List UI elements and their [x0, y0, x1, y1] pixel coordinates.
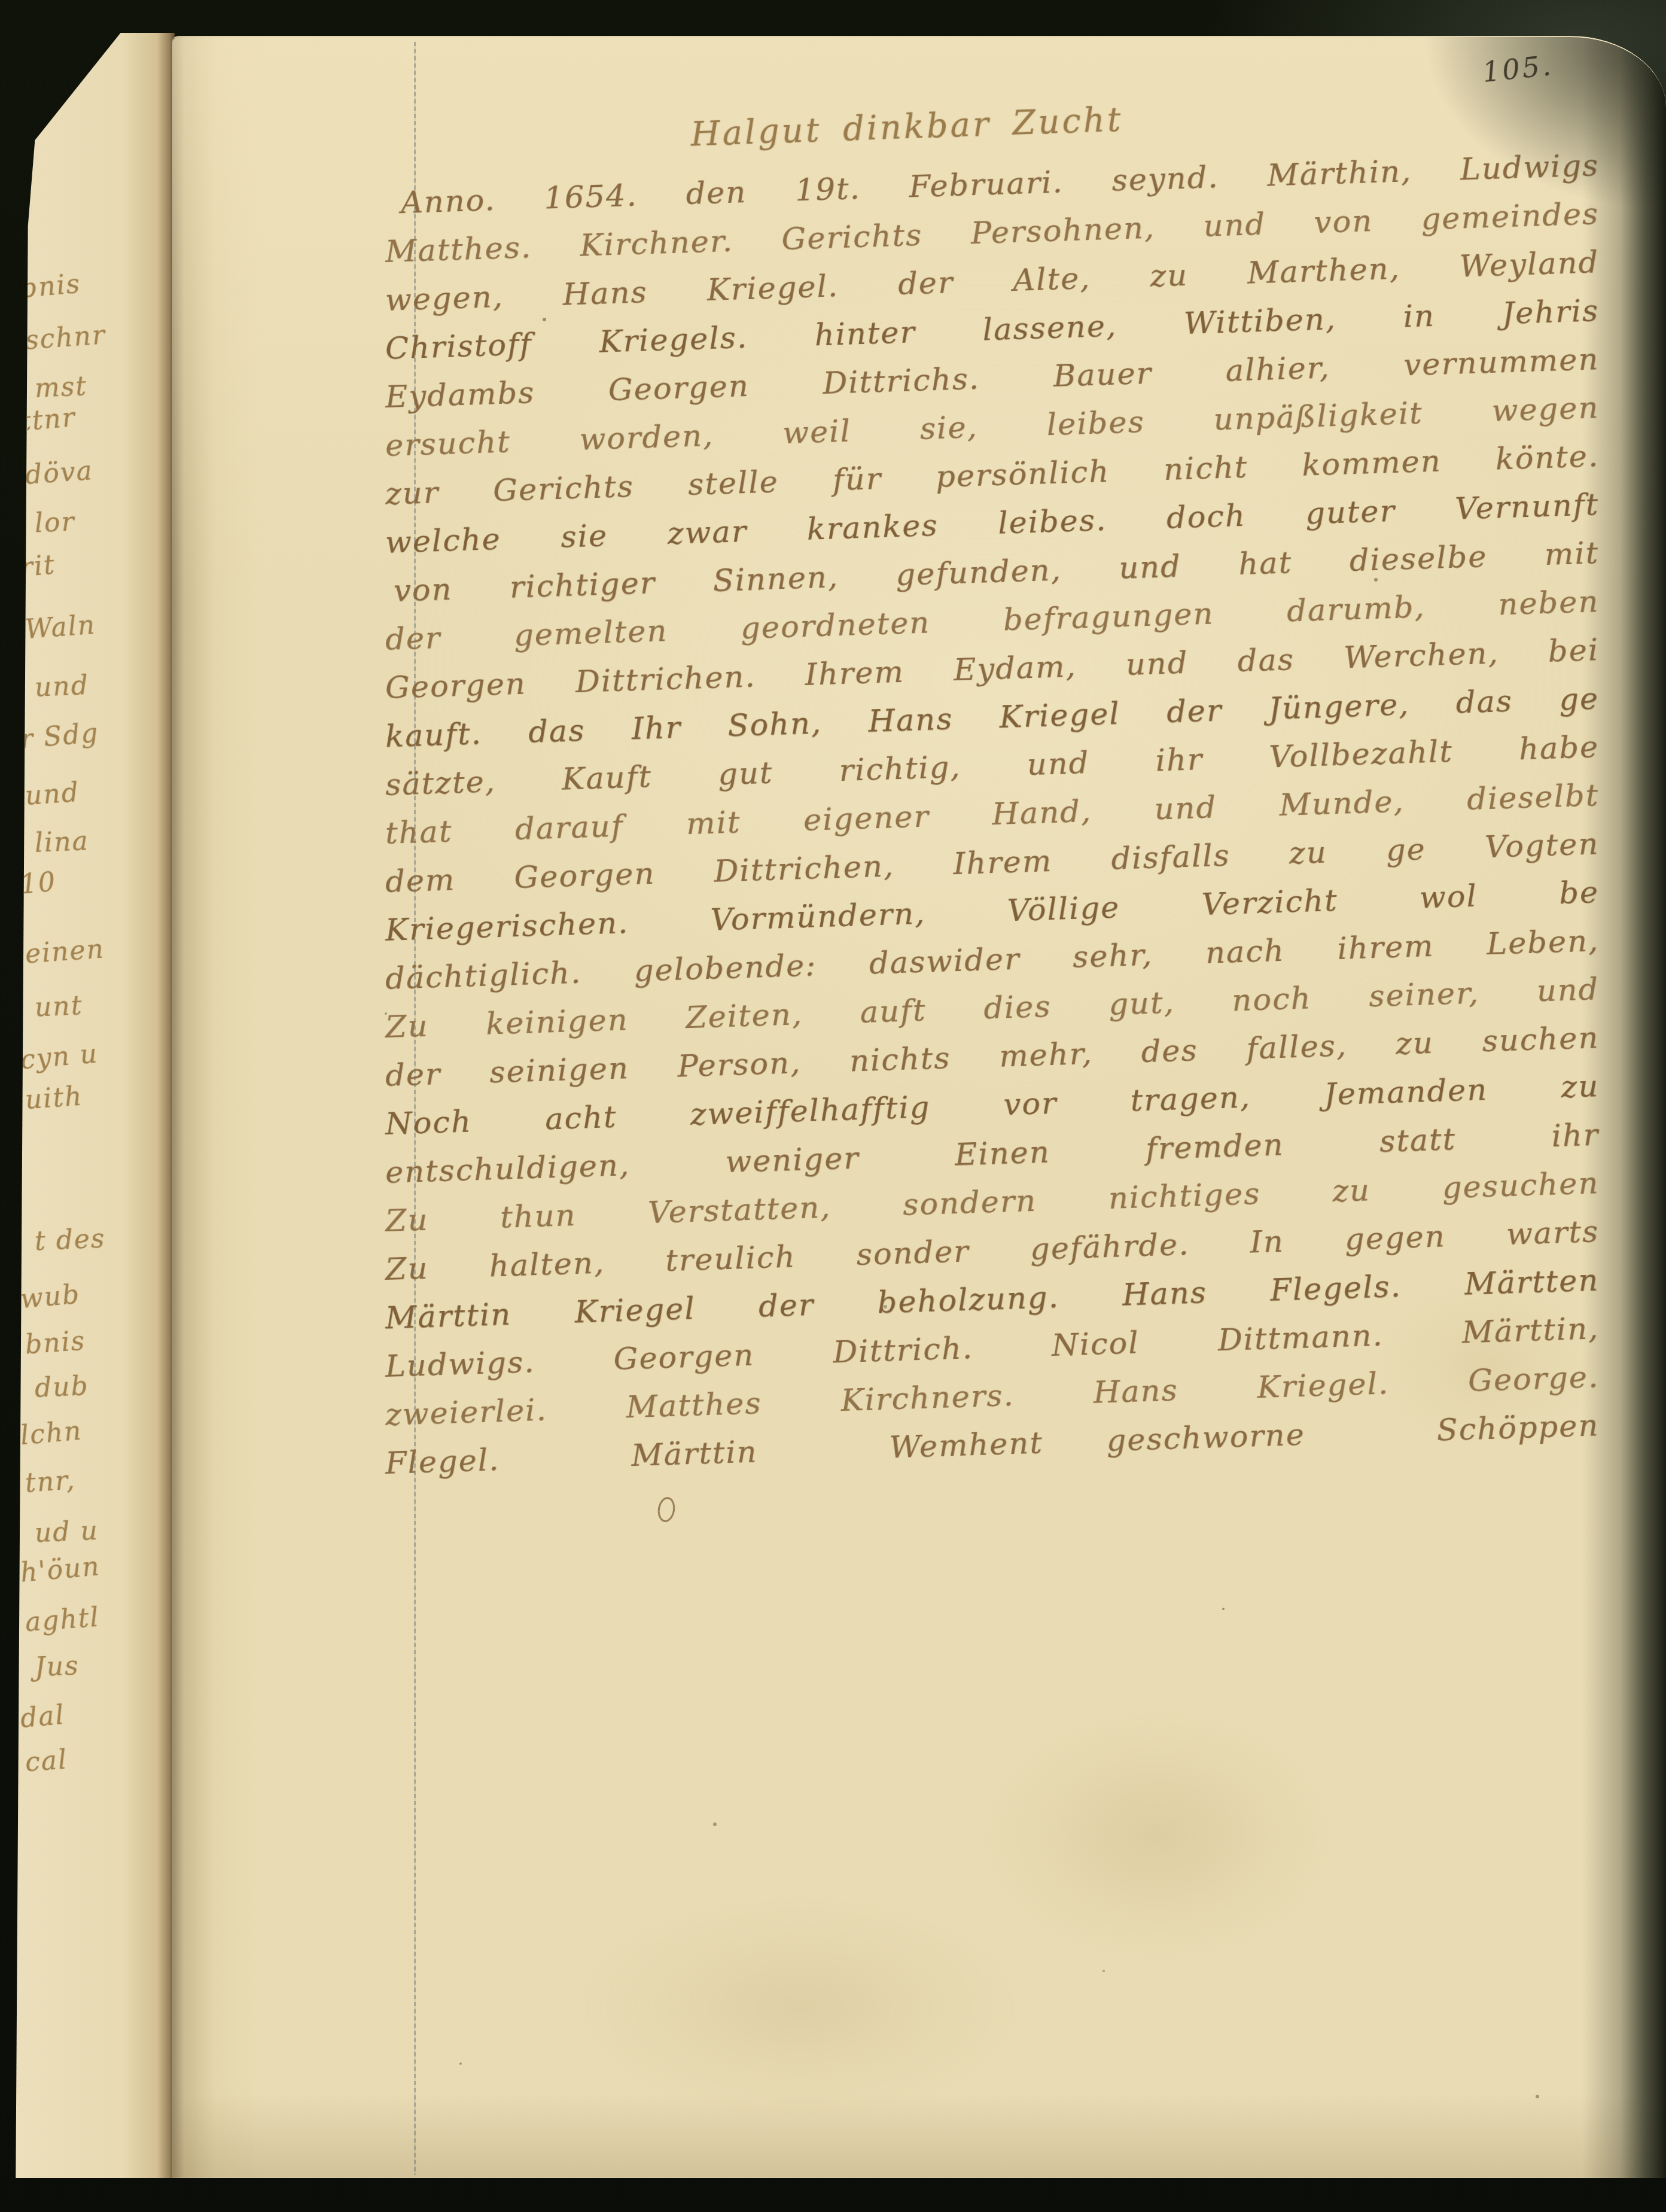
fragment-text: bnis [19, 269, 82, 305]
fragment-text: schnr [24, 320, 106, 355]
fragment-text: dub [34, 1371, 90, 1404]
paper-speckles [172, 37, 175, 39]
fragment-text: cyn u [19, 1038, 99, 1075]
page-heading: Halgut dinkbar Zucht [679, 100, 1135, 154]
page-number: 105. [1481, 49, 1555, 89]
fragment-text: lina [34, 826, 90, 859]
previous-page-edge: bnisschnrmstttnrdövalorritWalnundr Sdgun… [0, 33, 175, 2178]
manuscript-page: 105. Halgut dinkbar Zucht Anno. 1654. de… [172, 36, 1666, 2178]
fragment-text: wub [19, 1279, 81, 1315]
fragment-text: und [34, 670, 90, 703]
fragment-text: h'öun [19, 1551, 102, 1588]
fragment-text: tnr, [24, 1465, 77, 1499]
manuscript-text: Anno. 1654. den 19t. Februari. seynd. Mä… [385, 179, 1600, 1488]
fragment-text: ud u [34, 1516, 99, 1549]
fragment-text: und [24, 777, 80, 811]
fragment-text: einen [24, 933, 105, 969]
fragment-text: uith [24, 1081, 84, 1116]
fragment-text: lor [34, 507, 76, 539]
fragment-text: bnis [24, 1326, 86, 1361]
fragment-text: ttnr [19, 402, 77, 437]
fragment-text: mst [34, 371, 88, 404]
fragment-text: aghtl [24, 1602, 100, 1638]
fragment-text: unt [34, 990, 84, 1023]
fragment-text: rit [19, 550, 57, 583]
fragment-text: t des [34, 1223, 106, 1256]
fragment-text: döva [24, 455, 94, 491]
fragment-text: r Sdg [19, 717, 100, 754]
scanned-book-photo: bnisschnrmstttnrdövalorritWalnundr Sdgun… [0, 0, 1666, 2212]
fragment-text: Jus [34, 1650, 80, 1682]
fragment-text: dal [19, 1700, 66, 1734]
ink-mark [656, 1496, 677, 1523]
fragment-text: 10 [19, 866, 57, 900]
fragment-text: lchn [19, 1416, 83, 1452]
fragment-text: Waln [24, 610, 96, 645]
fragment-text: cal [24, 1745, 68, 1778]
